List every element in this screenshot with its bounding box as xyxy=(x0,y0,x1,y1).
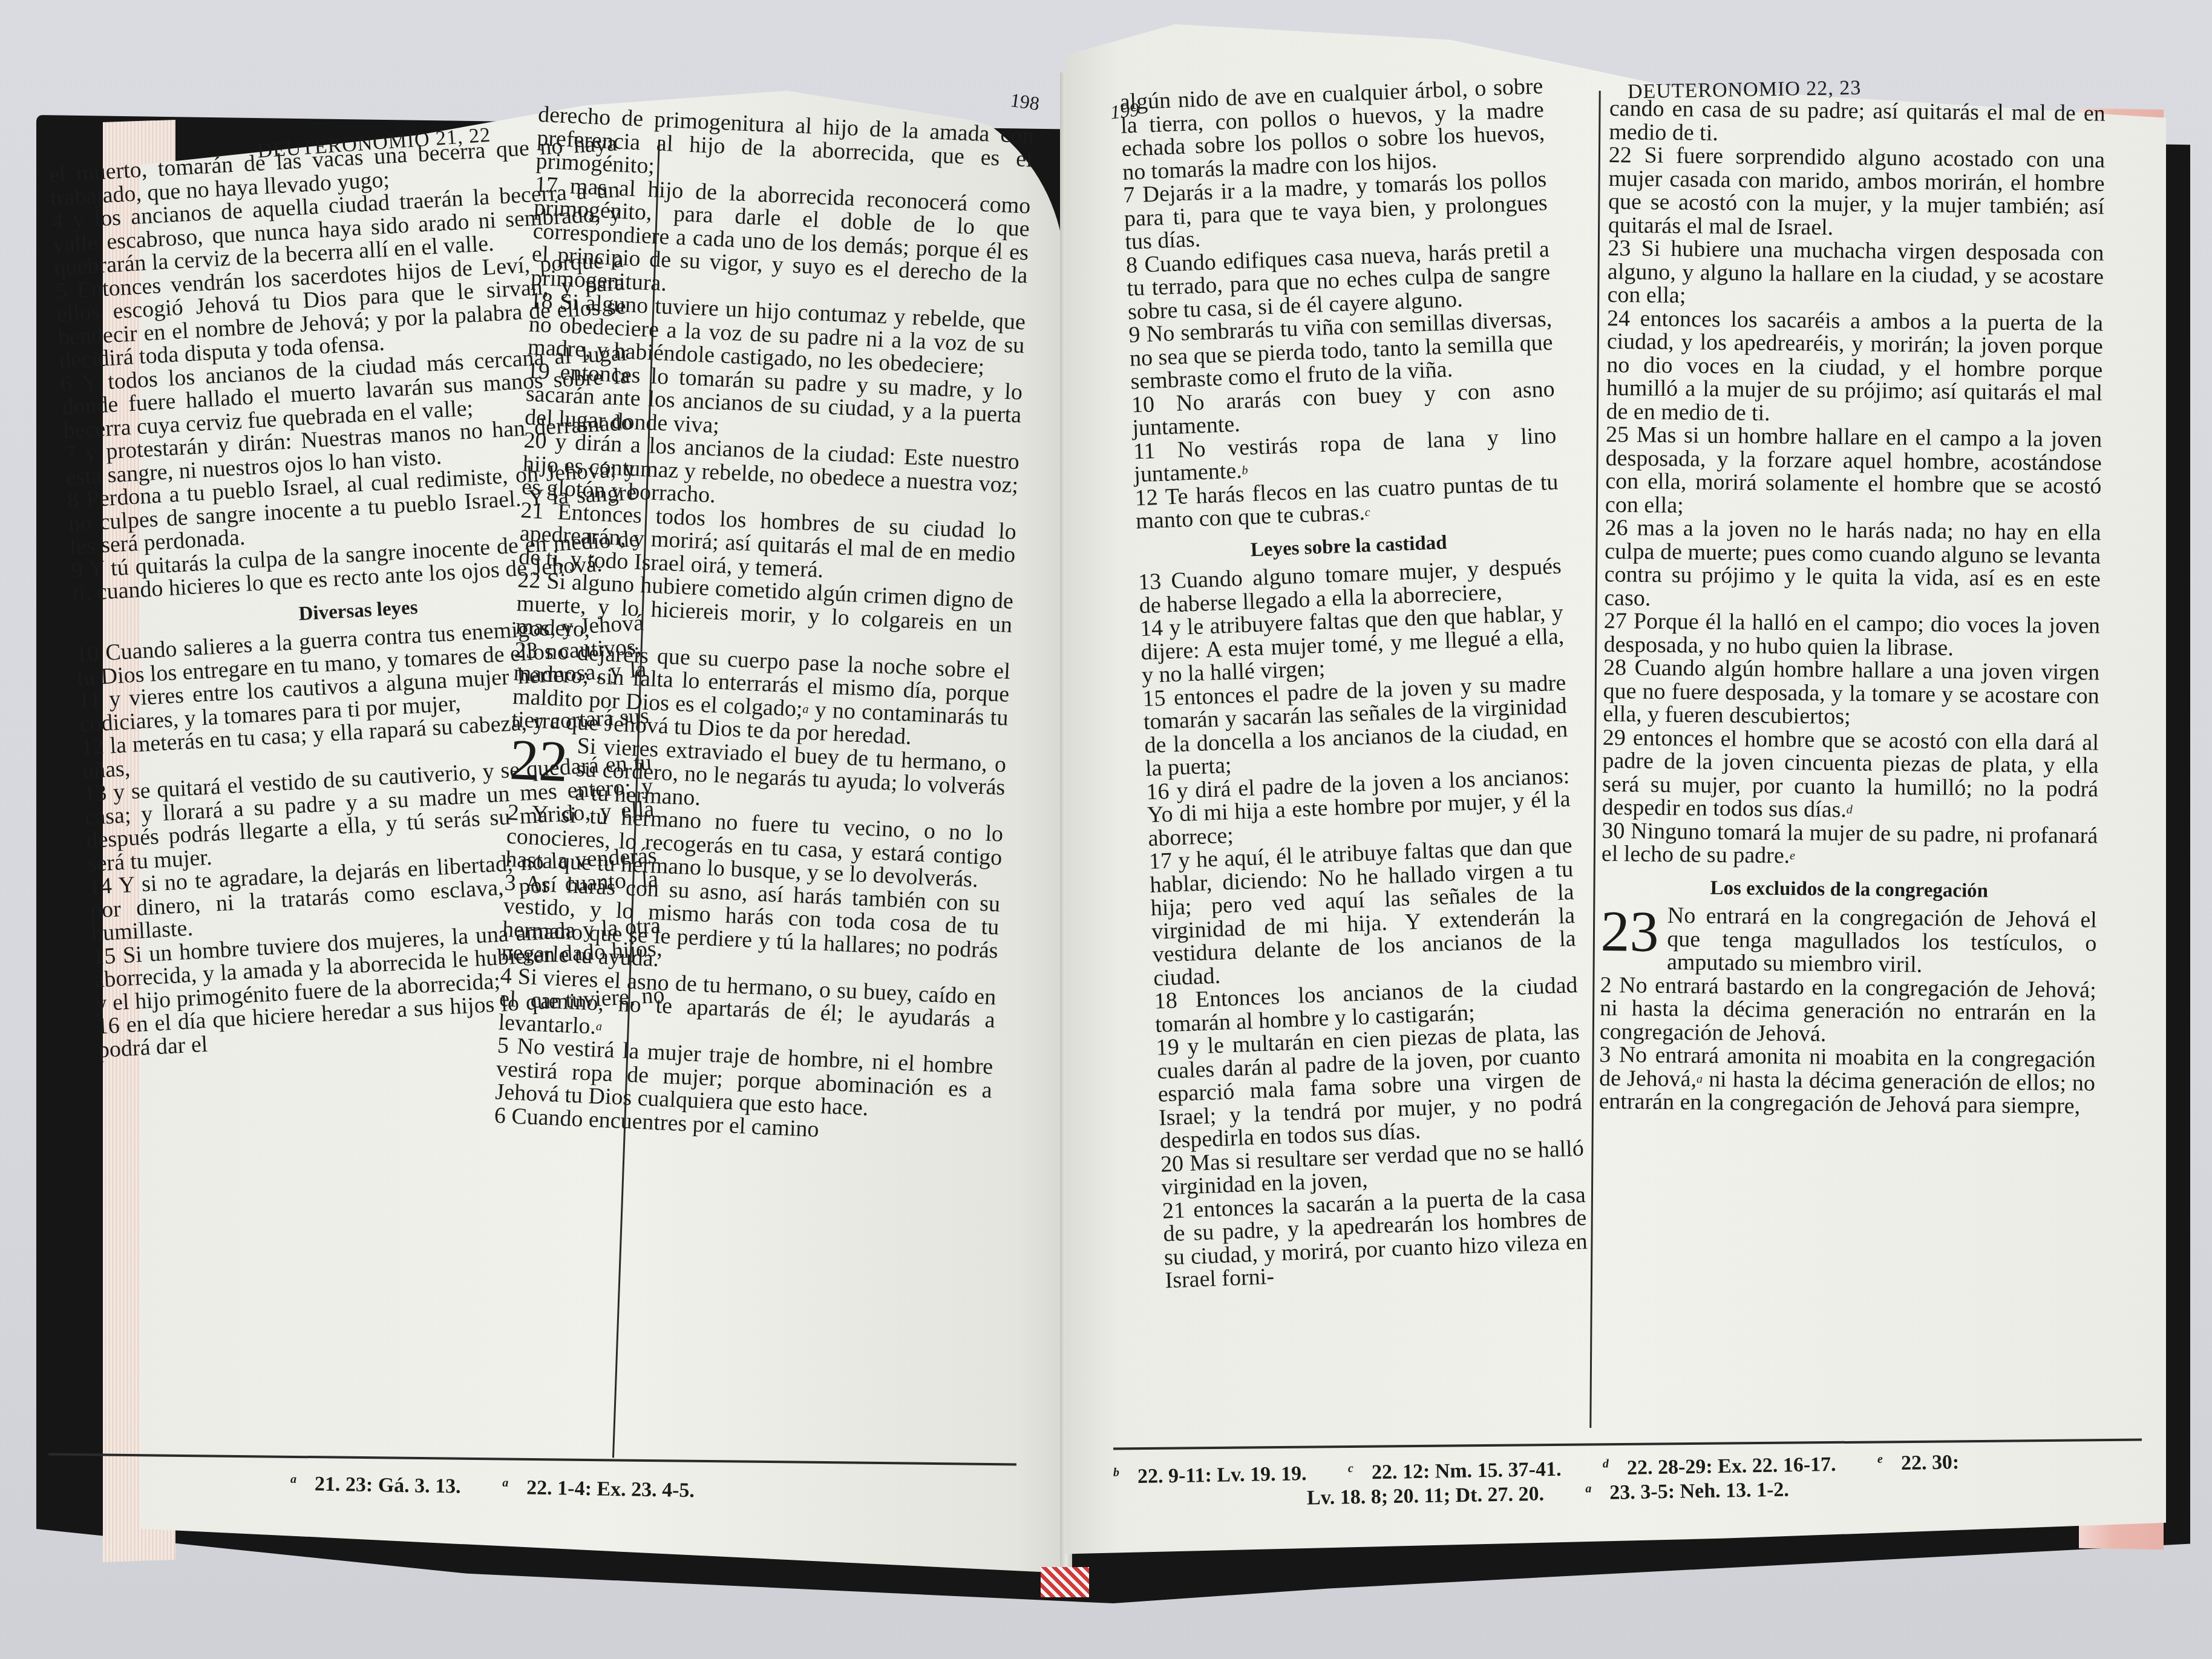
footnote: Lv. 18. 8; 20. 11; Dt. 27. 20. xyxy=(1307,1482,1563,1509)
chapter-23-start: 23 No entrará en la congregación de Jeho… xyxy=(1600,903,2097,978)
footnote: e22. 30: xyxy=(1877,1451,1978,1475)
chapter-number: 23 xyxy=(1600,906,1659,957)
section-heading: Los excluidos de la congregación xyxy=(1601,875,2097,903)
right-page-column-2: cando en casa de su padre; así quitarás … xyxy=(1598,97,2106,1118)
footnote: a22. 1-4: Ex. 23. 4-5. xyxy=(502,1476,713,1502)
footnote-marker: c xyxy=(1364,506,1370,519)
footnote-marker: a xyxy=(802,702,809,716)
verse: 27 Porque él la halló en el campo; dio v… xyxy=(1603,609,2100,661)
verse: 24 entonces los sacaréis a ambos a la pu… xyxy=(1606,306,2103,428)
footnote-marker: a xyxy=(595,1019,602,1033)
footnote: a21. 23: Gá. 3. 13. xyxy=(290,1473,479,1498)
footnote-marker: a xyxy=(1697,1072,1703,1085)
verse: 21 entonces la sacarán a la puerta de la… xyxy=(1162,1183,1588,1292)
verse: 28 Cuando algún hombre hallare a una jov… xyxy=(1603,656,2099,731)
verse: 15 entonces el padre de la joven y su ma… xyxy=(1142,671,1569,780)
verse: 2 No entrará bastardo en la congregación… xyxy=(1600,973,2096,1048)
verse: 3 No entrará amonita ni moabita en la co… xyxy=(1598,1043,2095,1118)
right-page-column-1: algún nido de ave en cualquier árbol, o … xyxy=(1119,74,1589,1292)
verse: 25 Mas si un hombre hallare en el campo … xyxy=(1605,423,2102,522)
verse: 19 y le multarán en cien piezas de plata… xyxy=(1156,1020,1583,1153)
footnote: b22. 9-11: Lv. 19. 19. xyxy=(1113,1462,1325,1488)
ribbon-bookmark xyxy=(1041,1567,1089,1597)
verse: 26 mas a la joven no le harás nada; no h… xyxy=(1604,516,2101,615)
verse: cando en casa de su padre; así quitarás … xyxy=(1609,97,2106,149)
footnote-marker: d xyxy=(1847,803,1853,816)
footnote: d22. 28-29: Ex. 22. 16-17. xyxy=(1603,1453,1854,1479)
left-page-column-2: derecho de primogenitura al hijo de la a… xyxy=(494,103,1034,1148)
footnote: a23. 3-5: Neh. 13. 1-2. xyxy=(1585,1478,1807,1504)
chapter-number: 22 xyxy=(509,734,569,787)
verse: 23 Si hubiere una muchacha virgen despos… xyxy=(1607,237,2104,312)
left-page-number: 198 xyxy=(1009,89,1041,115)
footnote-marker: b xyxy=(1242,463,1248,477)
verse: 17 mas al hijo de la aborrecida reconoce… xyxy=(531,172,1032,310)
verse: 17 y he aquí, él le atribuye faltas que … xyxy=(1148,834,1577,990)
footnote: c22. 12: Nm. 15. 37-41. xyxy=(1348,1458,1580,1484)
verse: 29 entonces el hombre que se acostó con … xyxy=(1602,725,2099,824)
verse: algún nido de ave en cualquier árbol, o … xyxy=(1119,74,1546,184)
verse: 22 Si fuere sorprendido alguno acostado … xyxy=(1608,143,2106,242)
footnote-marker: e xyxy=(1790,849,1795,862)
verse: 30 Ninguno tomará la mujer de su padre, … xyxy=(1602,819,2098,871)
